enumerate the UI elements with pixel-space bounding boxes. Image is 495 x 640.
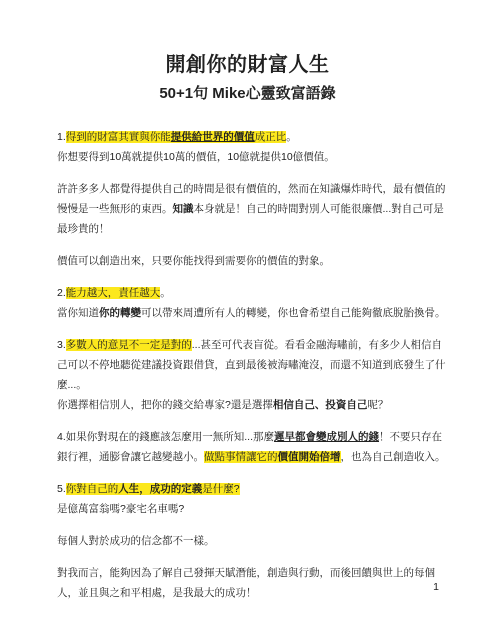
paragraph: 是億萬富翁嗎?豪宅名車嗎? [57,499,447,519]
document-title: 開創你的財富人生 [0,52,495,78]
page-number: 1 [433,580,439,594]
paragraph: 4.如果你對現在的錢應該怎麼用一無所知...那麼遲早都會變成別人的錢！不要只存在… [57,427,447,467]
text-run: 對我而言，能夠因為了解自己發揮天賦潛能，創造與行動，而後回饋與世上的每個人，並且… [57,567,435,599]
document-subtitle: 50+1句 Mike心靈致富語錄 [0,84,495,104]
text-run: 3. [57,339,66,351]
text-run: 你的轉變 [99,307,141,319]
paragraph: 3.多數人的意見不一定是對的...甚至可代表盲從。看看金融海嘯前，有多少人相信自… [57,335,447,395]
text-run: 提供給世界的價值 [171,131,255,143]
text-run: ，也為自己創造收入。 [341,451,446,463]
text-run: 人生，成功的定義 [118,483,202,495]
text-run: 2. [57,287,66,299]
text-run: 能力越大，責任越大 [66,287,161,299]
text-run: 價值可以創造出來，只要你能找得到需要你的價值的對象。 [57,255,330,267]
text-run: 5. [57,483,66,495]
text-run: 你對自己的 [66,483,119,495]
paragraph: 每個人對於成功的信念都不一樣。 [57,531,447,551]
document-page: 開創你的財富人生 50+1句 Mike心靈致富語錄 1.得到的財富其實與你能提供… [0,0,495,640]
text-run: 4.如果你對現在的錢應該怎麼用一無所知...那麼 [57,431,274,443]
text-run: 相信自己、投資自己 [273,399,368,411]
paragraph: 5.你對自己的人生，成功的定義是什麼? [57,479,447,499]
text-run: 1. [57,131,66,143]
text-run: 。 [160,287,171,299]
text-run: 你選擇相信別人，把你的錢交給專家?還是選擇 [57,399,273,411]
paragraph: 價值可以創造出來，只要你能找得到需要你的價值的對象。 [57,251,447,271]
text-run: 成正比 [255,131,287,143]
text-run: 呢？ [367,399,388,411]
text-run: 是什麼? [202,483,239,495]
paragraph: 許許多多人都覺得提供自己的時間是很有價值的，然而在知識爆炸時代，最有價值的慢慢是… [57,179,447,239]
paragraph: 對我而言，能夠因為了解自己發揮天賦潛能，創造與行動，而後回饋與世上的每個人，並且… [57,563,447,603]
text-run: 知識 [173,203,194,215]
document-body: 1.得到的財富其實與你能提供給世界的價值成正比。你想要得到10萬就提供10萬的價… [0,127,495,603]
paragraph: 當你知道你的轉變可以帶來周遭所有人的轉變，你也會希望自己能夠徹底脫胎換骨。 [57,303,447,323]
text-run: 你想要得到10萬就提供10萬的價值，10億就提供10億價值。 [57,151,335,163]
text-run: 價值開始倍增 [278,451,341,463]
text-run: 可以帶來周遭所有人的轉變，你也會希望自己能夠徹底脫胎換骨。 [141,307,446,319]
text-run: 每個人對於成功的信念都不一樣。 [57,535,215,547]
paragraph: 你想要得到10萬就提供10萬的價值，10億就提供10億價值。 [57,147,447,167]
text-run: 遲早都會變成別人的錢 [274,431,379,443]
paragraph: 2.能力越大，責任越大。 [57,283,447,303]
paragraph: 1.得到的財富其實與你能提供給世界的價值成正比。 [57,127,447,147]
text-run: 得到的財富其實與你能 [66,131,171,143]
text-run: 多數人的意見不一定是對的 [66,339,192,351]
text-run: 是億萬富翁嗎?豪宅名車嗎? [57,503,184,515]
paragraph: 你選擇相信別人，把你的錢交給專家?還是選擇相信自己、投資自己呢？ [57,395,447,415]
text-run: 做點事情讓它的 [204,451,278,463]
text-run: 。 [286,131,297,143]
text-run: 當你知道 [57,307,99,319]
